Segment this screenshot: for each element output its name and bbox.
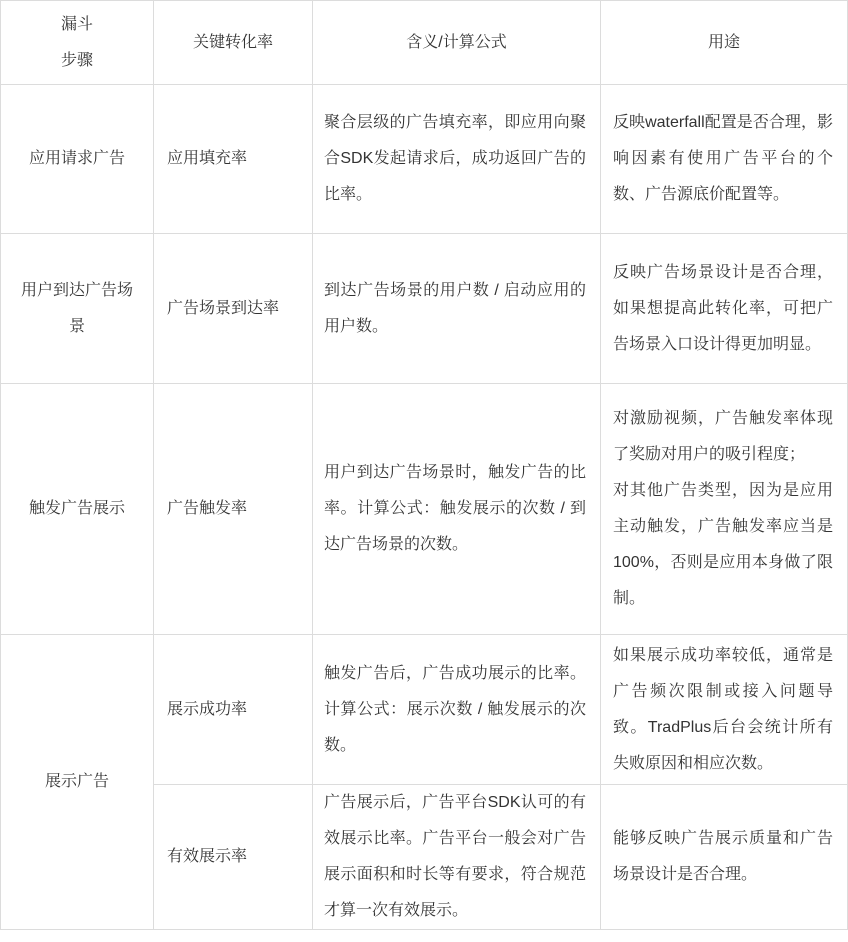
cell-conversion-rate: 有效展示率 (154, 785, 313, 930)
cell-usage: 反映广告场景设计是否合理，如果想提高此转化率，可把广告场景入口设计得更加明显。 (601, 234, 848, 384)
cell-conversion-rate: 展示成功率 (154, 635, 313, 785)
table-row: 触发广告展示 广告触发率 用户到达广告场景时，触发广告的比率。计算公式：触发展示… (1, 384, 848, 635)
cell-funnel-step: 展示广告 (1, 635, 154, 930)
cell-meaning: 用户到达广告场景时，触发广告的比率。计算公式：触发展示的次数 / 到达广告场景的… (313, 384, 601, 635)
header-row: 漏斗 步骤 关键转化率 含义/计算公式 用途 (1, 1, 848, 85)
cell-meaning: 触发广告后，广告成功展示的比率。计算公式：展示次数 / 触发展示的次数。 (313, 635, 601, 785)
cell-conversion-rate: 广告触发率 (154, 384, 313, 635)
cell-funnel-step: 应用请求广告 (1, 85, 154, 234)
header-funnel-step: 漏斗 步骤 (1, 1, 154, 85)
header-usage: 用途 (601, 1, 848, 85)
table-row: 应用请求广告 应用填充率 聚合层级的广告填充率，即应用向聚合SDK发起请求后，成… (1, 85, 848, 234)
ad-funnel-table: 漏斗 步骤 关键转化率 含义/计算公式 用途 应用请求广告 应用填充率 聚合层级… (0, 0, 848, 930)
table-row: 用户到达广告场景 广告场景到达率 到达广告场景的用户数 / 启动应用的用户数。 … (1, 234, 848, 384)
cell-usage: 对激励视频，广告触发率体现了奖励对用户的吸引程度； 对其他广告类型，因为是应用主… (601, 384, 848, 635)
cell-usage: 反映waterfall配置是否合理，影响因素有使用广告平台的个数、广告源底价配置… (601, 85, 848, 234)
header-meaning-formula: 含义/计算公式 (313, 1, 601, 85)
cell-meaning: 聚合层级的广告填充率，即应用向聚合SDK发起请求后，成功返回广告的比率。 (313, 85, 601, 234)
cell-meaning: 广告展示后，广告平台SDK认可的有效展示比率。广告平台一般会对广告展示面积和时长… (313, 785, 601, 930)
cell-funnel-step: 触发广告展示 (1, 384, 154, 635)
header-key-conversion-rate: 关键转化率 (154, 1, 313, 85)
cell-meaning: 到达广告场景的用户数 / 启动应用的用户数。 (313, 234, 601, 384)
table-row: 展示广告 展示成功率 触发广告后，广告成功展示的比率。计算公式：展示次数 / 触… (1, 635, 848, 785)
cell-conversion-rate: 广告场景到达率 (154, 234, 313, 384)
cell-conversion-rate: 应用填充率 (154, 85, 313, 234)
cell-usage: 能够反映广告展示质量和广告场景设计是否合理。 (601, 785, 848, 930)
cell-usage: 如果展示成功率较低，通常是广告频次限制或接入问题导致。TradPlus后台会统计… (601, 635, 848, 785)
cell-funnel-step: 用户到达广告场景 (1, 234, 154, 384)
